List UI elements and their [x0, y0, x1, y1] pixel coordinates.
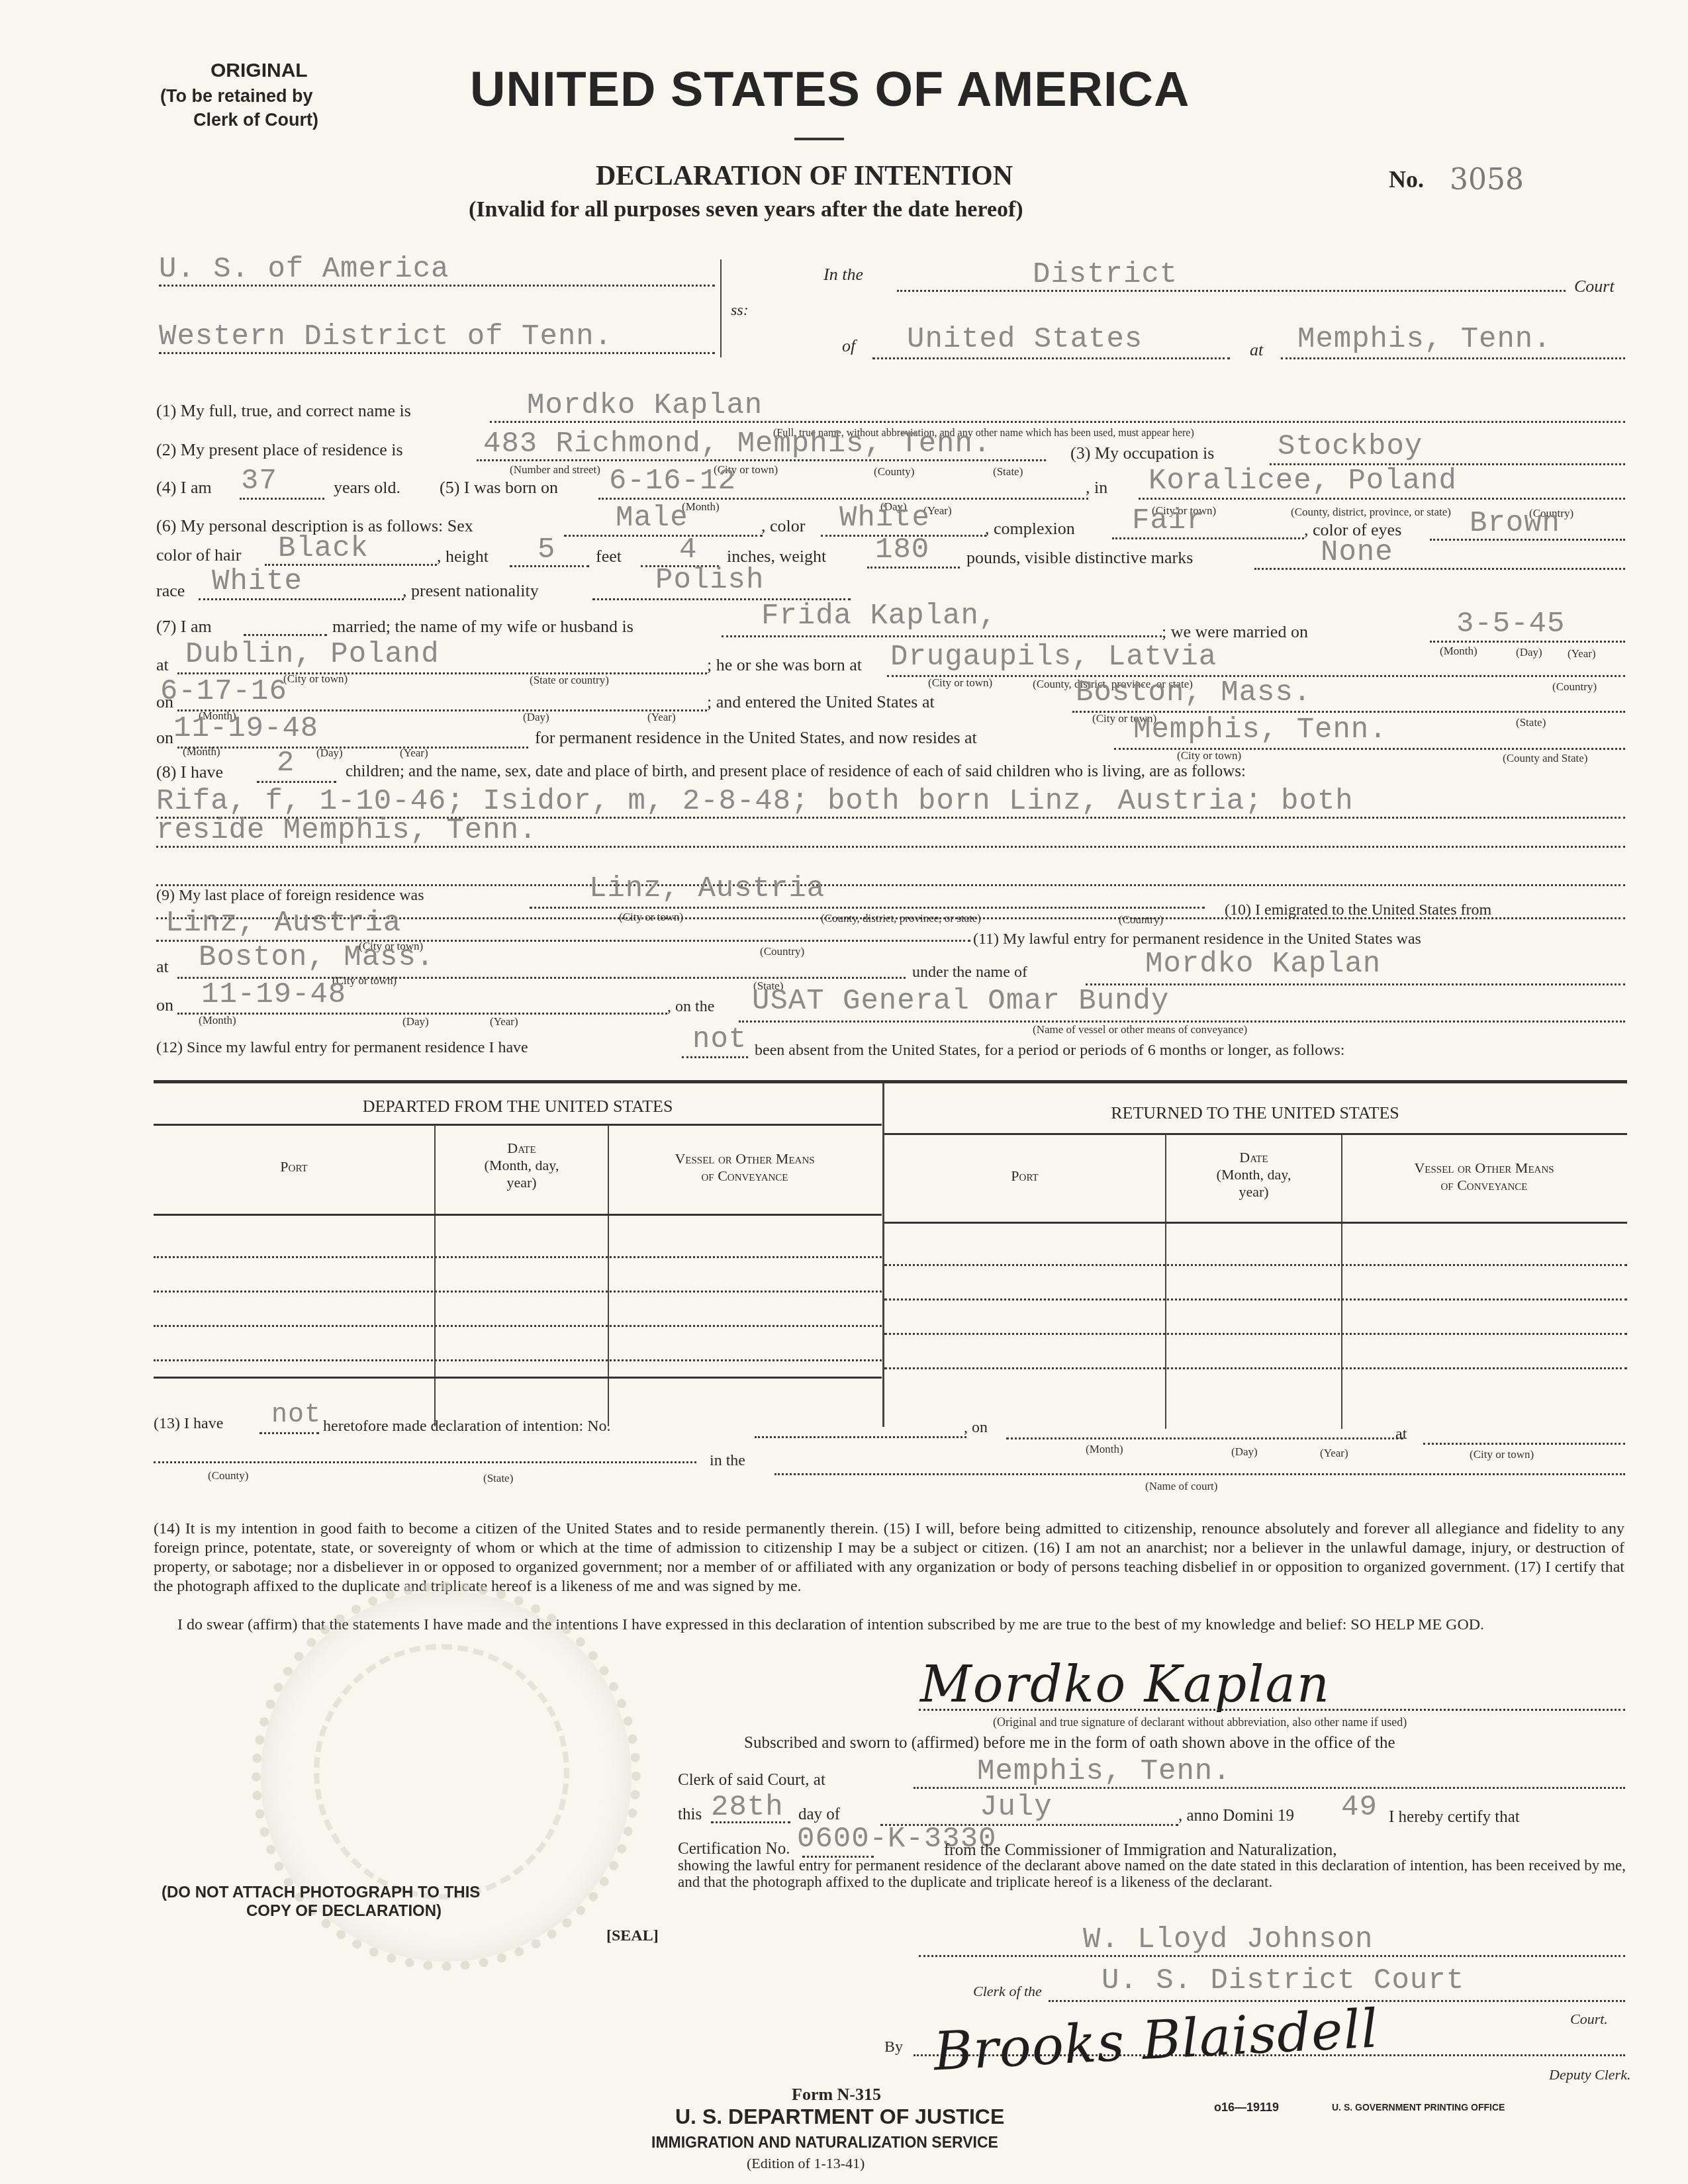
- spouse-entry-date-value: 11-19-48: [173, 712, 318, 745]
- cert-text-2: showing the lawful entry for permanent r…: [678, 1857, 1626, 1890]
- children-line-1: Rifa, f, 1-10-46; Isidor, m, 2-8-48; bot…: [156, 785, 1354, 818]
- spouse-name: Frida Kaplan,: [761, 600, 997, 633]
- month-value: July: [980, 1791, 1053, 1824]
- q4-line: [240, 498, 324, 500]
- q13-cap-day: (Day): [1231, 1445, 1258, 1459]
- q9-cap-country: (Country): [1119, 913, 1163, 927]
- venue-district-line: [159, 352, 715, 354]
- venue-brace: [720, 259, 722, 357]
- q8-label: (8) I have: [156, 762, 223, 782]
- under-name-label: under the name of: [912, 964, 1027, 981]
- q8-text: children; and the name, sex, date and pl…: [346, 762, 1246, 781]
- retained-note-2: Clerk of Court): [193, 110, 318, 130]
- occupation-value: Stockboy: [1278, 430, 1423, 463]
- q7-married-text: married; the name of my wife or husband …: [332, 617, 633, 637]
- q11-label: (11) My lawful entry for permanent resid…: [973, 931, 1421, 948]
- q9-cap-city: (City or town): [619, 911, 683, 924]
- declarant-signature-caption: (Original and true signature of declaran…: [993, 1715, 1407, 1729]
- spouse-born-label: ; he or she was born at: [707, 655, 862, 675]
- q10-label: (10) I emigrated to the United States fr…: [1225, 901, 1491, 919]
- color-value: White: [839, 502, 930, 535]
- at-label: at: [1250, 340, 1263, 360]
- oath-paragraph: (14) It is my intention in good faith to…: [154, 1520, 1624, 1596]
- number-label: No.: [1389, 165, 1424, 193]
- ret-vessel-header-2: of Conveyance: [1342, 1177, 1626, 1194]
- q13-date-line: [1006, 1437, 1403, 1439]
- subscribed-text: Subscribed and sworn to (affirmed) befor…: [744, 1734, 1395, 1752]
- q2-label: (2) My present place of residence is: [156, 440, 403, 460]
- day-value: 28th: [711, 1791, 784, 1824]
- spouse-ed-cap-year: (Year): [400, 747, 428, 760]
- deputy-signature: Brooks Blaisdell: [932, 1997, 1380, 2082]
- nationality-value: Polish: [655, 564, 764, 597]
- marks-value: None: [1321, 536, 1393, 569]
- q10-cap-country: (Country): [760, 945, 804, 958]
- court-location-line: [1281, 357, 1625, 359]
- spouse-bd-cap-day: (Day): [523, 711, 549, 724]
- of-label: of: [842, 336, 855, 356]
- q11-on-label: on: [156, 995, 173, 1015]
- clerk-name: W. Lloyd Johnson: [1083, 1923, 1373, 1956]
- certify-label: I hereby certify that: [1389, 1808, 1520, 1827]
- ret-row-2[interactable]: [884, 1298, 1627, 1300]
- dep-date-header-2: (Month, day,: [436, 1157, 608, 1174]
- q5-cap-county: (County, district, province, or state): [1291, 506, 1451, 519]
- q13-cap-year: (Year): [1320, 1447, 1348, 1460]
- married-status-line: [244, 634, 327, 636]
- sex-line: [564, 535, 763, 537]
- spouse-residence-label: for permanent residence in the United St…: [535, 728, 977, 748]
- dep-col-rule: [154, 1214, 882, 1216]
- color-label: , color: [761, 516, 805, 536]
- spouse-bp-cap-city: (City or town): [928, 676, 992, 690]
- married-at-line: [177, 672, 707, 674]
- q13-have-line: [259, 1432, 319, 1434]
- q13-county-line: [154, 1461, 696, 1463]
- married-on-label: ; we were married on: [1162, 622, 1308, 642]
- year-suffix-value: 49: [1341, 1791, 1378, 1824]
- edition-note: (Edition of 1-13-41): [747, 2155, 865, 2172]
- vessel-caption: (Name of vessel or other means of convey…: [1033, 1023, 1247, 1036]
- ret-header-rule: [884, 1133, 1627, 1135]
- photo-note-1: (DO NOT ATTACH PHOTOGRAPH TO THIS: [162, 1884, 480, 1902]
- q9-line: [530, 907, 1205, 909]
- entry-port-value: Boston, Mass.: [199, 941, 434, 974]
- departed-header: DEPARTED FROM THE UNITED STATES: [154, 1085, 882, 1116]
- q5-in-label: , in: [1086, 478, 1107, 498]
- married-on-line: [1430, 641, 1625, 643]
- clerk-court-value: U. S. District Court: [1102, 1964, 1464, 1997]
- q13-court-line: [774, 1473, 1625, 1475]
- clerk-at-label: Clerk of said Court, at: [678, 1771, 825, 1790]
- spouse-res-cap-county: (County and State): [1503, 752, 1587, 765]
- q4-label: (4) I am: [156, 478, 212, 498]
- dep-row-1[interactable]: [154, 1256, 882, 1258]
- spouse-resides-value: Memphis, Tenn.: [1133, 713, 1387, 747]
- spouse-entry-place-value: Boston, Mass.: [1076, 676, 1311, 709]
- age-value: 37: [241, 465, 277, 498]
- eyes-value: Brown: [1470, 507, 1560, 540]
- residence-value: 483 Richmond, Memphis, Tenn.: [483, 428, 991, 461]
- court-period-label: Court.: [1570, 2011, 1608, 2028]
- children-dotline-2: [156, 846, 1625, 848]
- print-code: o16—19119: [1214, 2101, 1279, 2115]
- form-number: Form N-315: [792, 2085, 881, 2105]
- service-name: IMMIGRATION AND NATURALIZATION SERVICE: [651, 2134, 998, 2152]
- q13-label: (13) I have: [154, 1415, 223, 1433]
- ret-col-rule: [884, 1222, 1627, 1224]
- race-label: race: [156, 581, 185, 601]
- q11-cap-month: (Month): [199, 1014, 236, 1027]
- deputy-clerk-label: Deputy Clerk.: [1549, 2066, 1630, 2083]
- ret-row-1[interactable]: [884, 1264, 1627, 1266]
- hair-label: color of hair: [156, 545, 242, 565]
- q11-cap-year: (Year): [490, 1015, 518, 1028]
- spouse-line: [722, 635, 1162, 637]
- pounds-label: pounds, visible distinctive marks: [966, 548, 1193, 568]
- sex-value: Male: [616, 502, 688, 535]
- returned-header: RETURNED TO THE UNITED STATES: [884, 1092, 1626, 1123]
- department-name: U. S. DEPARTMENT OF JUSTICE: [675, 2105, 1004, 2129]
- retained-note-1: (To be retained by: [160, 86, 313, 107]
- spouse-entered-label: ; and entered the United States at: [707, 692, 935, 712]
- married-cap-year: (Year): [1568, 647, 1596, 660]
- q7-label: (7) I am: [156, 617, 212, 637]
- declaration-number: 3058: [1450, 163, 1524, 197]
- validity-note: (Invalid for all purposes seven years af…: [469, 197, 1023, 222]
- under-name-value: Mordko Kaplan: [1145, 948, 1381, 981]
- country-title: UNITED STATES OF AMERICA: [470, 61, 1190, 117]
- title-divider: [794, 138, 844, 140]
- complexion-line: [1112, 537, 1304, 539]
- ret-row-4[interactable]: [884, 1367, 1627, 1369]
- in-the-label: In the: [823, 265, 863, 285]
- q2-cap-street: (Number and street): [510, 463, 600, 477]
- complexion-label: , complexion: [985, 519, 1075, 539]
- q13-cap-city: (City or town): [1470, 1448, 1534, 1461]
- day-of-label: day of: [798, 1805, 840, 1824]
- spouse-birthdate-value: 6-17-16: [160, 675, 287, 708]
- emigrated-from-value: Linz, Austria: [165, 907, 401, 940]
- printer-name: U. S. GOVERNMENT PRINTING OFFICE: [1332, 2102, 1505, 2113]
- married-on-value: 3-5-45: [1456, 608, 1565, 641]
- q13-cap-county: (County): [208, 1469, 248, 1482]
- q1-label: (1) My full, true, and correct name is: [156, 401, 411, 421]
- weight-value: 180: [875, 533, 929, 567]
- dep-header-rule: [154, 1124, 882, 1126]
- clerk-name-line: [919, 1955, 1625, 1957]
- form-title: DECLARATION OF INTENTION: [596, 160, 1013, 192]
- spouse-birthplace-value: Drugaupils, Latvia: [890, 641, 1217, 674]
- table-top-rule: [154, 1080, 1627, 1083]
- declarant-signature: Mordko Kaplan: [920, 1655, 1331, 1713]
- vessel-line: [739, 1021, 1625, 1023]
- q11-at-label: at: [156, 957, 169, 977]
- seal-label: [SEAL]: [606, 1927, 659, 1945]
- absent-value: not: [692, 1023, 747, 1056]
- venue-country: U. S. of America: [159, 253, 449, 286]
- table-bottom-rule: [154, 1377, 882, 1379]
- spouse-res-cap-city: (City or town): [1177, 749, 1241, 762]
- spouse-bd-cap-year: (Year): [647, 711, 676, 724]
- dep-row-2[interactable]: [154, 1291, 882, 1293]
- spouse-ed-cap-month: (Month): [183, 745, 220, 758]
- dep-date-header-3: year): [436, 1174, 608, 1191]
- clerk-of-label: Clerk of the: [973, 1983, 1042, 2000]
- spouse-ep-cap-state: (State): [1516, 716, 1546, 729]
- spouse-birthdate-line: [177, 709, 707, 711]
- vessel-value: USAT General Omar Bundy: [752, 985, 1169, 1018]
- married-at-label: at: [156, 655, 169, 675]
- q5-label: (5) I was born on: [440, 478, 558, 498]
- q5-line: [598, 498, 1088, 500]
- dep-row-4[interactable]: [154, 1359, 882, 1361]
- children-dotline-3: [156, 884, 1625, 886]
- venue-country-line: [159, 285, 715, 287]
- dep-date-header-1: Date: [436, 1140, 608, 1157]
- children-count-value: 2: [277, 747, 295, 780]
- children-count-line: [257, 781, 336, 783]
- weight-line: [867, 567, 960, 569]
- hair-value: Black: [278, 532, 369, 565]
- feet-label: feet: [596, 547, 622, 567]
- court-type: District: [1033, 258, 1178, 291]
- spouse-bp-cap-country: (Country): [1552, 680, 1597, 694]
- married-at-cap-city: (City or town): [283, 672, 348, 686]
- q11-cap-day: (Day): [402, 1015, 429, 1028]
- q13-at-line: [1423, 1443, 1625, 1445]
- birthplace-line: [1139, 498, 1625, 500]
- birthplace-value: Koralicee, Poland: [1149, 465, 1457, 498]
- cert-label: Certification No.: [678, 1840, 790, 1858]
- court-location: Memphis, Tenn.: [1297, 323, 1552, 356]
- court-of: United States: [907, 323, 1143, 356]
- height-feet-value: 5: [538, 533, 555, 567]
- entry-date-value: 11-19-48: [201, 978, 346, 1011]
- q13-no-line: [755, 1436, 966, 1438]
- q13-in-the-label: in the: [710, 1452, 745, 1470]
- q12-label: (12) Since my lawful entry for permanent…: [156, 1039, 528, 1057]
- dep-port-header: Port: [154, 1158, 434, 1175]
- q13-cap-state: (State): [483, 1472, 513, 1485]
- clerk-at-value: Memphis, Tenn.: [977, 1755, 1231, 1788]
- birth-date-value: 6-16-12: [609, 465, 736, 498]
- declarant-signature-line: [919, 1709, 1625, 1711]
- venue-district: Western District of Tenn.: [159, 320, 612, 353]
- q13-value: not: [271, 1400, 321, 1430]
- ss-label: ss:: [731, 302, 749, 320]
- foreign-residence-value: Linz, Austria: [589, 872, 825, 905]
- q9-cap-county: (County, district, province, or state): [821, 912, 981, 925]
- spouse-entry-on-label: on: [156, 728, 173, 748]
- by-label: By: [884, 2038, 903, 2056]
- race-value: White: [212, 565, 303, 598]
- q11-on-line: [177, 1013, 667, 1015]
- married-at-value: Dublin, Poland: [185, 638, 440, 671]
- height-inches-value: 4: [679, 533, 697, 567]
- photo-note-2: COPY OF DECLARATION): [246, 1902, 442, 1921]
- race-line: [199, 598, 404, 600]
- dep-vessel-header-1: Vessel or Other Means: [609, 1150, 880, 1167]
- q13-cap-court: (Name of court): [1145, 1480, 1218, 1493]
- q4-suffix: years old.: [334, 478, 400, 498]
- q12-line: [682, 1056, 748, 1058]
- ret-date-header-3: year): [1166, 1183, 1341, 1201]
- complexion-value: Fair: [1132, 504, 1205, 537]
- nationality-label: , present nationality: [402, 581, 539, 601]
- court-of-line: [872, 357, 1230, 359]
- q2-cap-county: (County): [874, 465, 914, 478]
- ret-row-3[interactable]: [884, 1333, 1627, 1335]
- full-name-value: Mordko Kaplan: [527, 389, 763, 422]
- married-cap-day: (Day): [1516, 646, 1542, 659]
- ret-vessel-header-1: Vessel or Other Means: [1342, 1160, 1626, 1177]
- on-the-label: , on the: [667, 998, 714, 1016]
- q2-cap-state: (State): [993, 465, 1023, 478]
- q13-at-label: at: [1395, 1426, 1407, 1443]
- anno-label: , anno Domini 19: [1178, 1807, 1294, 1825]
- court-type-line: [897, 290, 1566, 292]
- spouse-ed-cap-day: (Day): [316, 747, 343, 760]
- court-label: Court: [1574, 277, 1615, 296]
- q3-label: (3) My occupation is: [1070, 443, 1214, 463]
- marks-line: [1254, 568, 1625, 570]
- this-label: this: [678, 1805, 702, 1824]
- spouse-entry-date-line: [177, 747, 528, 749]
- q9-label: (9) My last place of foreign residence w…: [156, 887, 424, 905]
- ret-port-header: Port: [884, 1167, 1165, 1185]
- children-line-2: reside Memphis, Tenn.: [156, 814, 538, 847]
- ret-date-header-1: Date: [1166, 1149, 1341, 1166]
- dep-row-3[interactable]: [154, 1325, 882, 1327]
- married-at-cap-state: (State or country): [530, 674, 609, 687]
- q13-cap-month: (Month): [1086, 1443, 1123, 1456]
- dep-vessel-header-2: of Conveyance: [609, 1167, 880, 1185]
- q13-on-label: , on: [964, 1419, 988, 1437]
- q13-text: heretofore made declaration of intention…: [323, 1418, 611, 1435]
- ret-date-header-2: (Month, day,: [1166, 1166, 1341, 1183]
- original-label: ORIGINAL: [211, 60, 308, 82]
- q12-text: been absent from the United States, for …: [755, 1042, 1345, 1060]
- height-label: , height: [437, 547, 489, 567]
- married-cap-month: (Month): [1440, 645, 1477, 658]
